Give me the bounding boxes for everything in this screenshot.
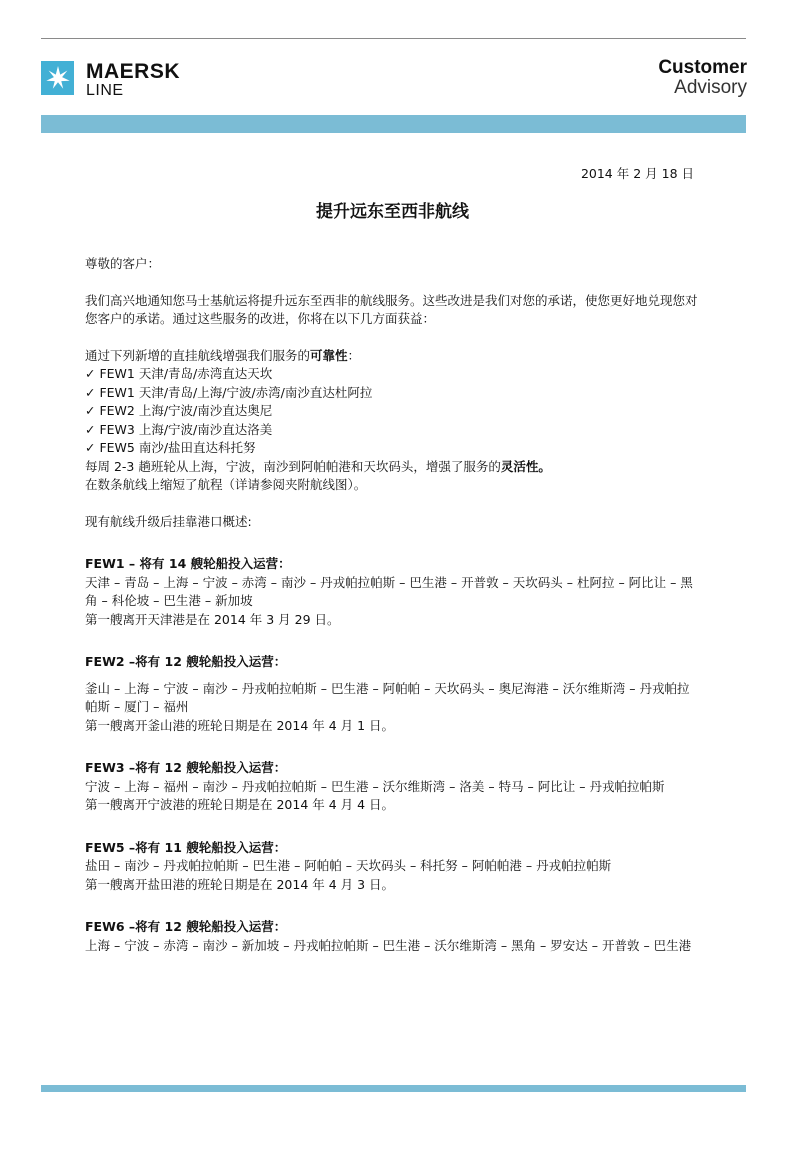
first-sailing: 第一艘离开釜山港的班轮日期是在 2014 年 4 月 1 日。	[85, 717, 700, 736]
document-title: 提升远东至西非航线	[85, 203, 700, 222]
header-band	[41, 115, 746, 133]
checklist-item: ✓ FEW2 上海/宁波/南沙直达奥尼	[85, 402, 700, 421]
service-few5: FEW5 –将有 11 艘轮船投入运营： 盐田 – 南沙 – 丹戎帕拉帕斯 – …	[85, 839, 700, 895]
reliability-line: 通过下列新增的直挂航线增强我们服务的可靠性：	[85, 347, 700, 366]
port-rotation: 宁波 – 上海 – 福州 – 南沙 – 丹戎帕拉帕斯 – 巴生港 – 沃尔维斯湾…	[85, 778, 700, 797]
service-few2: FEW2 –将有 12 艘轮船投入运营： 釜山 – 上海 – 宁波 – 南沙 –…	[85, 653, 700, 735]
port-rotation: 天津 – 青岛 – 上海 – 宁波 – 赤湾 – 南沙 – 丹戎帕拉帕斯 – 巴…	[85, 574, 700, 611]
first-sailing: 第一艘离开盐田港的班轮日期是在 2014 年 4 月 3 日。	[85, 876, 700, 895]
brand-name: MAERSK	[86, 61, 180, 82]
service-heading: FEW5 –将有 11 艘轮船投入运营：	[85, 839, 700, 858]
transit-note: 在数条航线上缩短了航程（详请参阅夹附航线图）。	[85, 476, 700, 495]
brand-subname: LINE	[86, 83, 180, 99]
salutation: 尊敬的客户：	[85, 255, 700, 274]
doc-type-label: Customer Advisory	[658, 58, 747, 98]
service-few1: FEW1 – 将有 14 艘轮船投入运营： 天津 – 青岛 – 上海 – 宁波 …	[85, 555, 700, 629]
checklist-item: ✓ FEW1 天津/青岛/上海/宁波/赤湾/南沙直达杜阿拉	[85, 384, 700, 403]
port-rotation: 釜山 – 上海 – 宁波 – 南沙 – 丹戎帕拉帕斯 – 巴生港 – 阿帕帕 –…	[85, 680, 700, 717]
checklist-item: ✓ FEW5 南沙/盐田直达科托努	[85, 439, 700, 458]
intro-paragraph: 我们高兴地通知您马士基航运将提升远东至西非的航线服务。这些改进是我们对您的承诺，…	[85, 292, 700, 329]
top-divider	[41, 38, 746, 39]
footer-band	[41, 1085, 746, 1092]
port-rotation: 上海 – 宁波 – 赤湾 – 南沙 – 新加坡 – 丹戎帕拉帕斯 – 巴生港 –…	[85, 937, 700, 956]
service-few6: FEW6 –将有 12 艘轮船投入运营： 上海 – 宁波 – 赤湾 – 南沙 –…	[85, 918, 700, 955]
overview-heading: 现有航线升级后挂靠港口概述:	[85, 513, 700, 532]
flexibility-line: 每周 2-3 趟班轮从上海，宁波，南沙到阿帕帕港和天坎码头，增强了服务的灵活性。	[85, 458, 700, 477]
advisory-body: 2014 年 2 月 18 日 提升远东至西非航线 尊敬的客户： 我们高兴地通知…	[85, 165, 700, 955]
first-sailing: 第一艘离开宁波港的班轮日期是在 2014 年 4 月 4 日。	[85, 796, 700, 815]
flexibility-emphasis: 灵活性。	[501, 459, 551, 474]
checklist-item: ✓ FEW1 天津/青岛/赤湾直达天坎	[85, 365, 700, 384]
checklist-item: ✓ FEW3 上海/宁波/南沙直达洛美	[85, 421, 700, 440]
doc-type-line2: Advisory	[658, 78, 747, 98]
seven-point-star-icon	[41, 61, 74, 95]
document-date: 2014 年 2 月 18 日	[85, 165, 694, 184]
reliability-emphasis: 可靠性	[310, 348, 348, 363]
service-few3: FEW3 –将有 12 艘轮船投入运营： 宁波 – 上海 – 福州 – 南沙 –…	[85, 759, 700, 815]
doc-type-line1: Customer	[658, 58, 747, 78]
service-heading: FEW1 – 将有 14 艘轮船投入运营：	[85, 555, 700, 574]
service-heading: FEW2 –将有 12 艘轮船投入运营：	[85, 653, 700, 672]
service-heading: FEW6 –将有 12 艘轮船投入运营：	[85, 918, 700, 937]
first-sailing: 第一艘离开天津港是在 2014 年 3 月 29 日。	[85, 611, 700, 630]
service-heading: FEW3 –将有 12 艘轮船投入运营：	[85, 759, 700, 778]
port-rotation: 盐田 – 南沙 – 丹戎帕拉帕斯 – 巴生港 – 阿帕帕 – 天坎码头 – 科托…	[85, 857, 700, 876]
maersk-line-logo: MAERSK LINE	[41, 61, 180, 99]
